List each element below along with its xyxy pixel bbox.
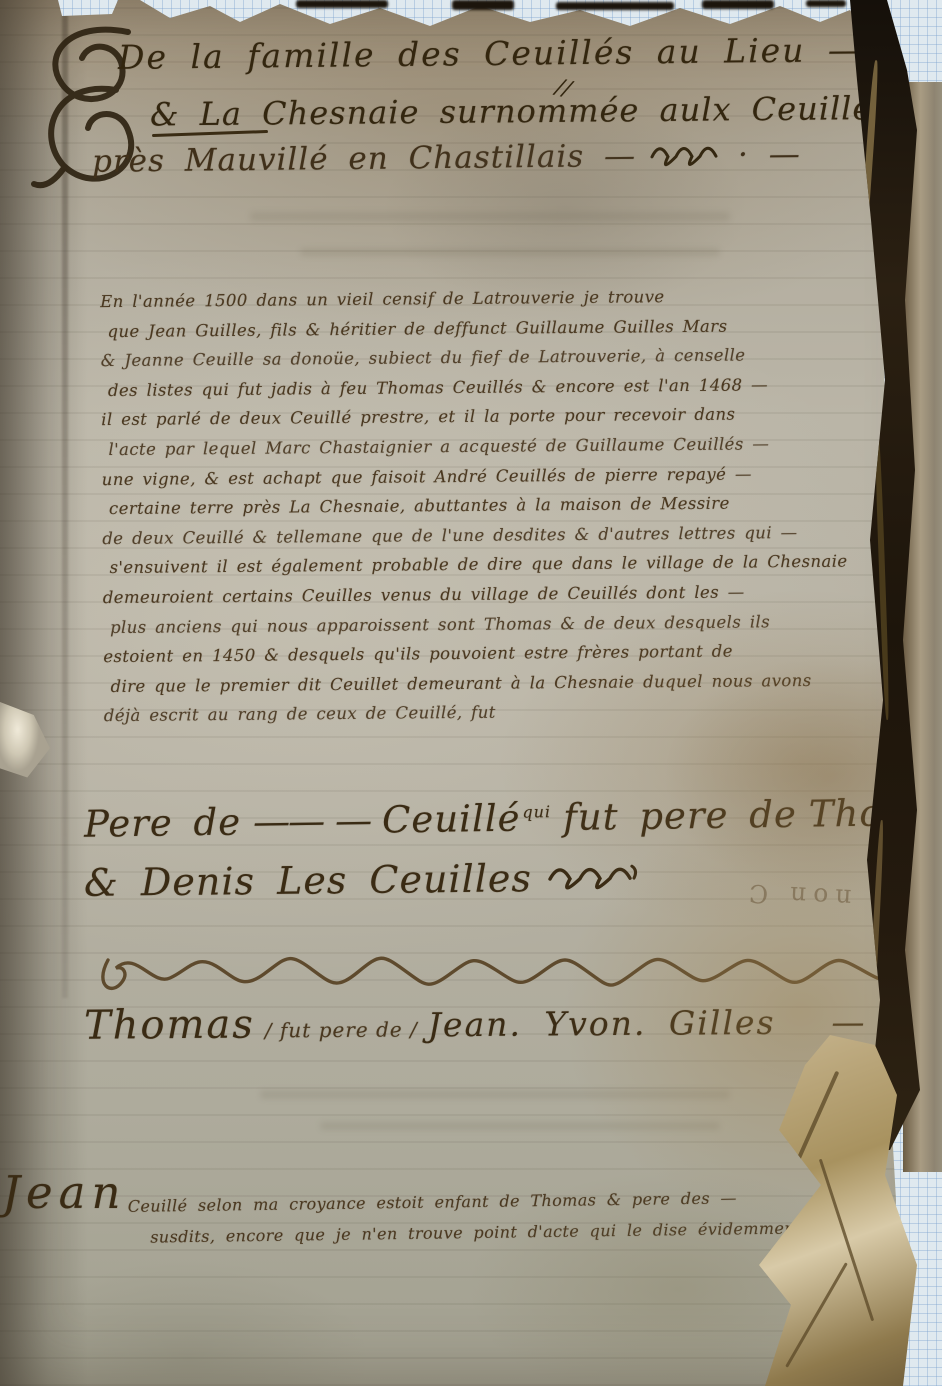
jean-line-text: Ceuillé selon ma croyance estoit enfant … — [128, 1188, 737, 1216]
torn-text-remnant — [702, 0, 774, 9]
manuscript-page: De la famille des Ceuillés au Lieu — // … — [0, 0, 942, 1386]
show-through-line — [300, 248, 720, 256]
paragraph-line: certaine terre près La Chesnaie, abuttan… — [109, 488, 812, 524]
insertion-mark: // — [553, 75, 573, 103]
paragraph-line: dire que le premier dit Ceuillet demeura… — [110, 666, 813, 702]
dash-rule: — — [335, 799, 371, 842]
paragraph-line: plus anciens qui nous apparoissent sont … — [110, 606, 813, 642]
torn-text-remnant — [296, 0, 388, 8]
jean-line: susdits, encore que je n'en trouve point… — [150, 1212, 829, 1252]
wavy-divider — [78, 944, 938, 1002]
jean-name: Jean — [2, 1166, 126, 1219]
paragraph-line: En l'année 1500 dans un vieil censif de … — [100, 281, 810, 317]
paragraph-line: que Jean Guilles, fils & héritier de def… — [107, 311, 810, 347]
paragraph-line: l'acte par lequel Marc Chastaignier a ac… — [108, 429, 811, 465]
paragraph-line: déjà escrit au rang de ceux de Ceuillé, … — [104, 695, 814, 731]
paragraph-line: estoient en 1450 & desquels qu'ils pouvo… — [103, 636, 813, 672]
title-line-3-text: près Mauvillé en Chastillais — — [92, 138, 636, 180]
paragraph-line: & Jeanne Ceuille sa donoüe, subiect du f… — [101, 340, 811, 376]
narrative-paragraph: En l'année 1500 dans un vieil censif de … — [100, 281, 814, 731]
torn-paper-flap — [0, 688, 50, 792]
knot-flourish-icon — [548, 862, 638, 893]
title-line-3: près Mauvillé en Chastillais — · — — [92, 136, 801, 179]
bleed-through-text: J non C — [741, 878, 884, 914]
jean-line: Ceuillé selon ma croyance estoit enfant … — [128, 1181, 829, 1222]
paragraph-line: des listes qui fut jadis à feu Thomas Ce… — [108, 370, 811, 406]
superscript-note: qui — [522, 802, 551, 821]
family-name: Ceuilléqui — [382, 796, 552, 841]
dash-rule: —— — [253, 799, 324, 843]
denis-text: & Denis Les Ceuilles — [84, 856, 532, 905]
show-through-line — [260, 1090, 730, 1099]
paragraph-line: demeuroient certains Ceuilles venus du v… — [103, 577, 813, 613]
relation-text: fut pere de — [563, 793, 797, 839]
genealogy-thomas-line: Thomas / fut pere de / Jean. Yvon. Gille… — [84, 997, 865, 1048]
torn-text-remnant — [806, 0, 846, 7]
jean-paragraph: Ceuillé selon ma croyance estoit enfant … — [128, 1181, 829, 1253]
knot-flourish-icon — [650, 142, 724, 169]
torn-text-remnant — [452, 0, 514, 10]
photograph-of-manuscript: De la famille des Ceuillés au Lieu — // … — [0, 0, 942, 1386]
crease-line — [785, 1262, 848, 1367]
initial-flourish-icon — [24, 18, 154, 190]
genealogy-denis-line: & Denis Les Ceuilles — [84, 855, 638, 905]
dash-rule: — — [831, 1002, 864, 1041]
thomas-name: Thomas — [84, 1002, 255, 1049]
paragraph-line: de deux Ceuillé & tellemane que de l'une… — [102, 518, 812, 554]
paragraph-line: une vigne, & est achapt que faisoit Andr… — [102, 458, 812, 494]
title-line-1: De la famille des Ceuillés au Lieu — — [118, 30, 863, 77]
pere-label: Pere de — [84, 801, 242, 846]
thomas-children: Jean. Yvon. Gilles — [428, 1003, 776, 1044]
show-through-line — [250, 212, 730, 221]
show-through-line — [320, 1122, 720, 1130]
underline-flourish — [152, 130, 268, 137]
binding-gutter-shadow — [0, 0, 88, 1386]
torn-text-remnant — [556, 2, 674, 10]
paragraph-line: s'ensuivent il est également probable de… — [109, 547, 812, 583]
vertical-fold-line — [62, 0, 68, 998]
title-line-2: & La Chesnaie surnommée aulx Ceuillés — — [150, 89, 942, 134]
paragraph-line: il est parlé de deux Ceuillé prestre, et… — [101, 399, 811, 435]
genealogy-pere-line: Pere de —— — Ceuilléqui fut pere de Thom… — [84, 789, 942, 845]
thomas-relation: / fut pere de / — [265, 1017, 418, 1042]
title-line-3-tail: · — — [738, 136, 801, 173]
